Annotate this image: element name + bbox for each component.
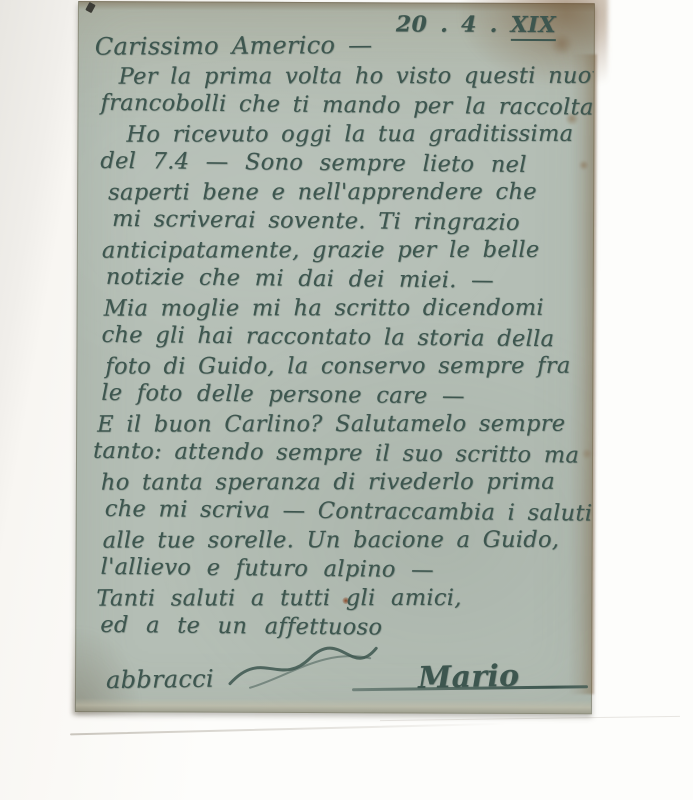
handwritten-line: alle tue sorelle. Un bacione a Guido, [103, 526, 584, 556]
letter-content: 20 . 4 . XIX Carissimo Americo — Per la … [76, 2, 594, 713]
signature-name: Mario [417, 659, 519, 696]
handwritten-line: che mi scriva — Contraccambia i saluti [105, 495, 584, 529]
salutation: Carissimo Americo — [95, 30, 586, 61]
signature-flourish-stroke [228, 644, 378, 691]
handwritten-line: ho tanta speranza di rivederlo prima [101, 468, 584, 498]
handwritten-line: tanto: attendo sempre il suo scritto ma [93, 437, 584, 471]
handwritten-line: Tanti saluti a tutti gli amici, [96, 584, 583, 614]
letter-body: Per la prima volta ho visto questi nuovi… [92, 61, 586, 643]
handwritten-line: del 7.4 — Sono sempre lieto nel [100, 147, 585, 181]
handwritten-line: notizie che mi dai dei miei. — [106, 263, 585, 297]
handwritten-line: Ho ricevuto oggi la tua graditissima [126, 120, 585, 150]
handwritten-line: saperti bene e nell'apprendere che [108, 178, 585, 208]
handwritten-line: Per la prima volta ho visto questi nuovi [119, 62, 586, 92]
handwritten-line: Mia moglie mi ha scritto dicendomi [104, 294, 585, 324]
paper-crease [70, 723, 510, 736]
handwritten-line: E il buon Carlino? Salutamelo sempre [97, 410, 584, 440]
handwritten-line: mi scriverai sovente. Ti ringrazio [112, 205, 585, 239]
handwritten-line: francobolli che ti mando per la raccolta… [100, 89, 585, 123]
handwritten-line: l'allievo e futuro alpino — [100, 553, 583, 587]
handwritten-line: le foto delle persone care — [101, 379, 584, 413]
handwritten-line: foto di Guido, la conservo sempre fra [105, 352, 584, 382]
postcard-card: 20 . 4 . XIX Carissimo Americo — Per la … [75, 1, 595, 714]
handwritten-line: che gli hai raccontato la storia della [101, 321, 584, 355]
scan-background: 20 . 4 . XIX Carissimo Americo — Per la … [0, 0, 693, 800]
signature-row: abbracci Mario [106, 645, 583, 695]
paper-crease-faint [380, 716, 680, 721]
closing-word: abbracci [106, 665, 214, 694]
handwritten-line: ed a te un affettuoso [100, 611, 583, 645]
handwritten-line: anticipatamente, grazie per le belle [102, 236, 585, 266]
